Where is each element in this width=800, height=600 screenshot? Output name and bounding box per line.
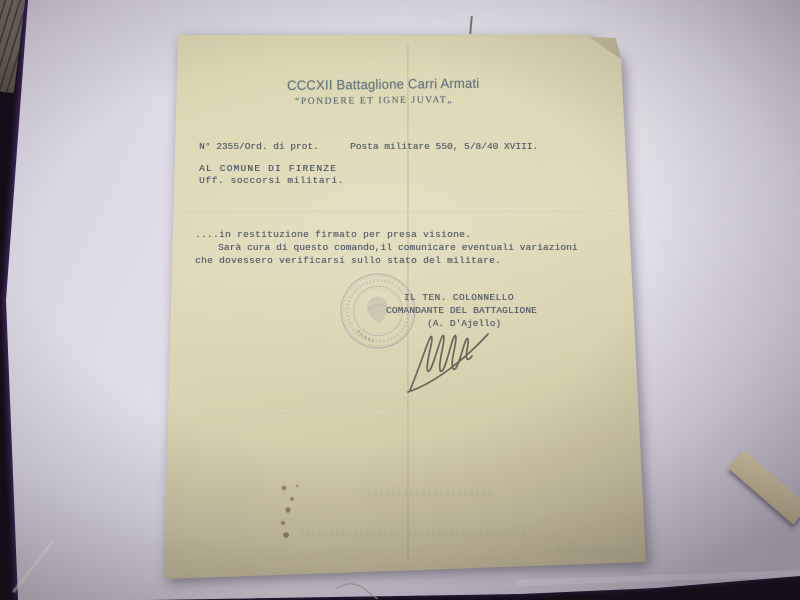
stray-thread xyxy=(330,578,382,600)
addressee-line2: Uff. soccorsi militari. xyxy=(199,176,344,186)
body-line-3: che dovessero verificarsi sullo stato de… xyxy=(195,256,501,266)
signer-role: COMANDANTE DEL BATTAGLIONE xyxy=(386,306,537,316)
photo-scene: CCCXII Battaglione Carri Armati “PONDERE… xyxy=(0,0,800,600)
letter-fold-crease-upper xyxy=(180,211,630,213)
body-line-2: Sarà cura di questo comando,il comunicar… xyxy=(218,243,578,253)
letter-fold-crease-lower xyxy=(176,408,636,410)
letterhead-unit: CCCXII Battaglione Carri Armati xyxy=(287,77,479,93)
handwritten-signature xyxy=(396,328,500,398)
stain-spots xyxy=(270,480,314,546)
ink-showthrough xyxy=(556,546,634,553)
protocol-number: N° 2355/Ord. di prot. xyxy=(199,142,319,152)
addressee-line1: AL COMUNE DI FIRENZE xyxy=(199,164,337,174)
ink-showthrough xyxy=(300,529,528,536)
ink-showthrough xyxy=(368,489,494,496)
letterhead-motto: “PONDERE ET IGNE JUVAT„ xyxy=(295,96,453,107)
body-line-1: ....in restituzione firmato per presa vi… xyxy=(195,230,471,240)
place-date-line: Posta militare 550, 5/8/40 XVIII. xyxy=(350,142,538,152)
signer-title: IL TEN. COLONNELLO xyxy=(404,293,514,303)
